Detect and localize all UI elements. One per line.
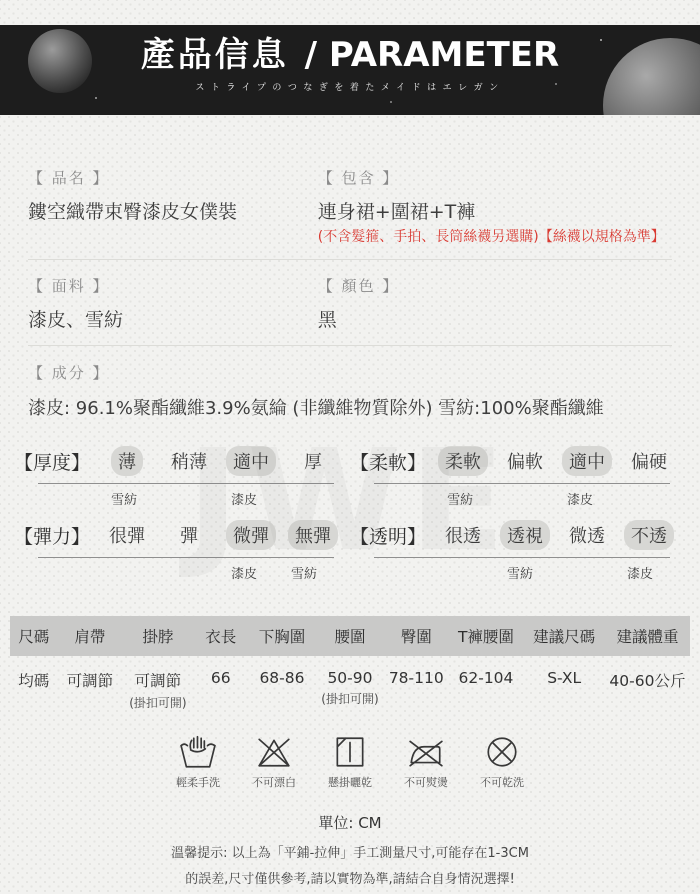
scale-option: 很彈 [96,520,158,550]
field-label-include: 【 包含 】 [318,167,672,188]
field-value-composition: 漆皮: 96.1%聚酯纖維3.9%氨綸 (非纖維物質除外) 雪紡:100%聚酯纖… [28,394,672,420]
column-header: 建議尺碼 [523,625,605,647]
table-cell: 40-60公斤 [605,669,690,711]
scale-option: 微透 [556,520,618,550]
unit-note: 單位: CM [0,812,700,833]
scale-label: 【厚度】 [14,448,96,475]
no-iron-icon [405,733,447,771]
include-note: (不含髮箍、手拍、長筒絲襪另選購)【絲襪以規格為準】 [318,226,672,246]
field-color: 【 顏色 】 黑 [318,275,672,332]
tip-line-2: 的誤差,尺寸僅供參考,請以實物為準,請結合自身情況選擇! [0,867,700,893]
table-cell: 可調節 [58,669,123,711]
measurement-tip: 溫馨提示: 以上為「平鋪-拉伸」手工測量尺寸,可能存在1-3CM 的誤差,尺寸僅… [0,841,700,893]
scale-option: 偏硬 [618,446,680,476]
table-cell: S-XL [523,669,605,711]
field-fabric: 【 面料 】 漆皮、雪紡 [28,275,318,332]
field-value-include: 連身裙+圍裙+T褲 [318,197,672,224]
table-cell: 62-104 [449,669,524,711]
hand-wash-icon [177,733,219,771]
column-header: 尺碼 [10,625,58,647]
table-cell: 66 [194,669,248,711]
info-row-composition: 【 成分 】 漆皮: 96.1%聚酯纖維3.9%氨綸 (非纖維物質除外) 雪紡:… [28,346,672,420]
field-product-name: 【 品名 】 鏤空織帶束臀漆皮女僕裝 [28,167,318,246]
care-item: 輕柔手洗 [165,733,231,790]
table-cell: 50-90 (掛扣可開) [316,669,384,711]
table-cell: 可調節 (掛扣可開) [122,669,193,711]
product-parameter-page: 產品信息 / PARAMETER ストライプのつなぎを着たメイドはエレガン JW… [0,0,700,894]
no-bleach-icon [253,733,295,771]
scale-option: 薄 [96,446,158,476]
field-value-color: 黑 [318,305,672,332]
info-section: 【 品名 】 鏤空織帶束臀漆皮女僕裝 【 包含 】 連身裙+圍裙+T褲 (不含髮… [28,159,672,420]
table-cell-note: (掛扣可開) [316,690,384,707]
field-label-name: 【 品名 】 [28,167,318,188]
size-table: 尺碼 肩帶 掛脖 衣長 下胸圍 腰圍 臀圍 T褲腰圍 建議尺碼 建議體重 均碼 … [10,616,690,711]
table-cell: 68-86 [248,669,316,711]
scale-option: 適中 [556,446,618,476]
size-table-header-row: 尺碼 肩帶 掛脖 衣長 下胸圍 腰圍 臀圍 T褲腰圍 建議尺碼 建議體重 [10,616,690,656]
field-value-name: 鏤空織帶束臀漆皮女僕裝 [28,197,318,224]
no-dry-clean-icon [481,733,523,771]
scale-option: 不透 [618,520,680,550]
page-title: 產品信息 / PARAMETER [0,36,700,75]
care-item: 不可漂白 [241,733,307,790]
field-value-fabric: 漆皮、雪紡 [28,305,318,332]
care-item: 不可乾洗 [469,733,535,790]
info-row-fabric-color: 【 面料 】 漆皮、雪紡 【 顏色 】 黑 [28,260,672,346]
column-header: 掛脖 [122,625,193,647]
column-header: 腰圍 [316,625,384,647]
column-header: 肩帶 [58,625,123,647]
column-header: T褲腰圍 [449,625,524,647]
page-subtitle-jp: ストライプのつなぎを着たメイドはエレガン [0,80,700,93]
column-header: 衣長 [194,625,248,647]
care-item: 懸掛曬乾 [317,733,383,790]
size-table-data-row: 均碼 可調節 可調節 (掛扣可開) 66 68-86 50-90 (掛扣可開) … [10,669,690,711]
scale-label: 【彈力】 [14,522,96,549]
watermark: JWE [187,420,513,583]
care-instructions: 輕柔手洗 不可漂白 懸掛曬乾 不可熨燙 [0,733,700,790]
page-title-cn: 產品信息 [141,35,289,75]
info-row-name-include: 【 品名 】 鏤空織帶束臀漆皮女僕裝 【 包含 】 連身裙+圍裙+T褲 (不含髮… [28,159,672,260]
hang-dry-icon [329,733,371,771]
star-icon [390,101,392,103]
page-title-en: / PARAMETER [305,35,560,75]
table-cell: 均碼 [10,669,58,711]
field-label-fabric: 【 面料 】 [28,275,318,296]
column-header: 下胸圍 [248,625,316,647]
column-header: 建議體重 [605,625,690,647]
column-header: 臀圍 [384,625,449,647]
star-icon [95,97,97,99]
table-cell: 78-110 [384,669,449,711]
tip-line-1: 溫馨提示: 以上為「平鋪-拉伸」手工測量尺寸,可能存在1-3CM [0,841,700,867]
table-cell-note: (掛扣可開) [122,694,193,711]
header-banner: 產品信息 / PARAMETER ストライプのつなぎを着たメイドはエレガン [0,25,700,115]
field-label-composition: 【 成分 】 [28,362,672,383]
care-item: 不可熨燙 [393,733,459,790]
field-label-color: 【 顏色 】 [318,275,672,296]
field-include: 【 包含 】 連身裙+圍裙+T褲 (不含髮箍、手拍、長筒絲襪另選購)【絲襪以規格… [318,167,672,246]
